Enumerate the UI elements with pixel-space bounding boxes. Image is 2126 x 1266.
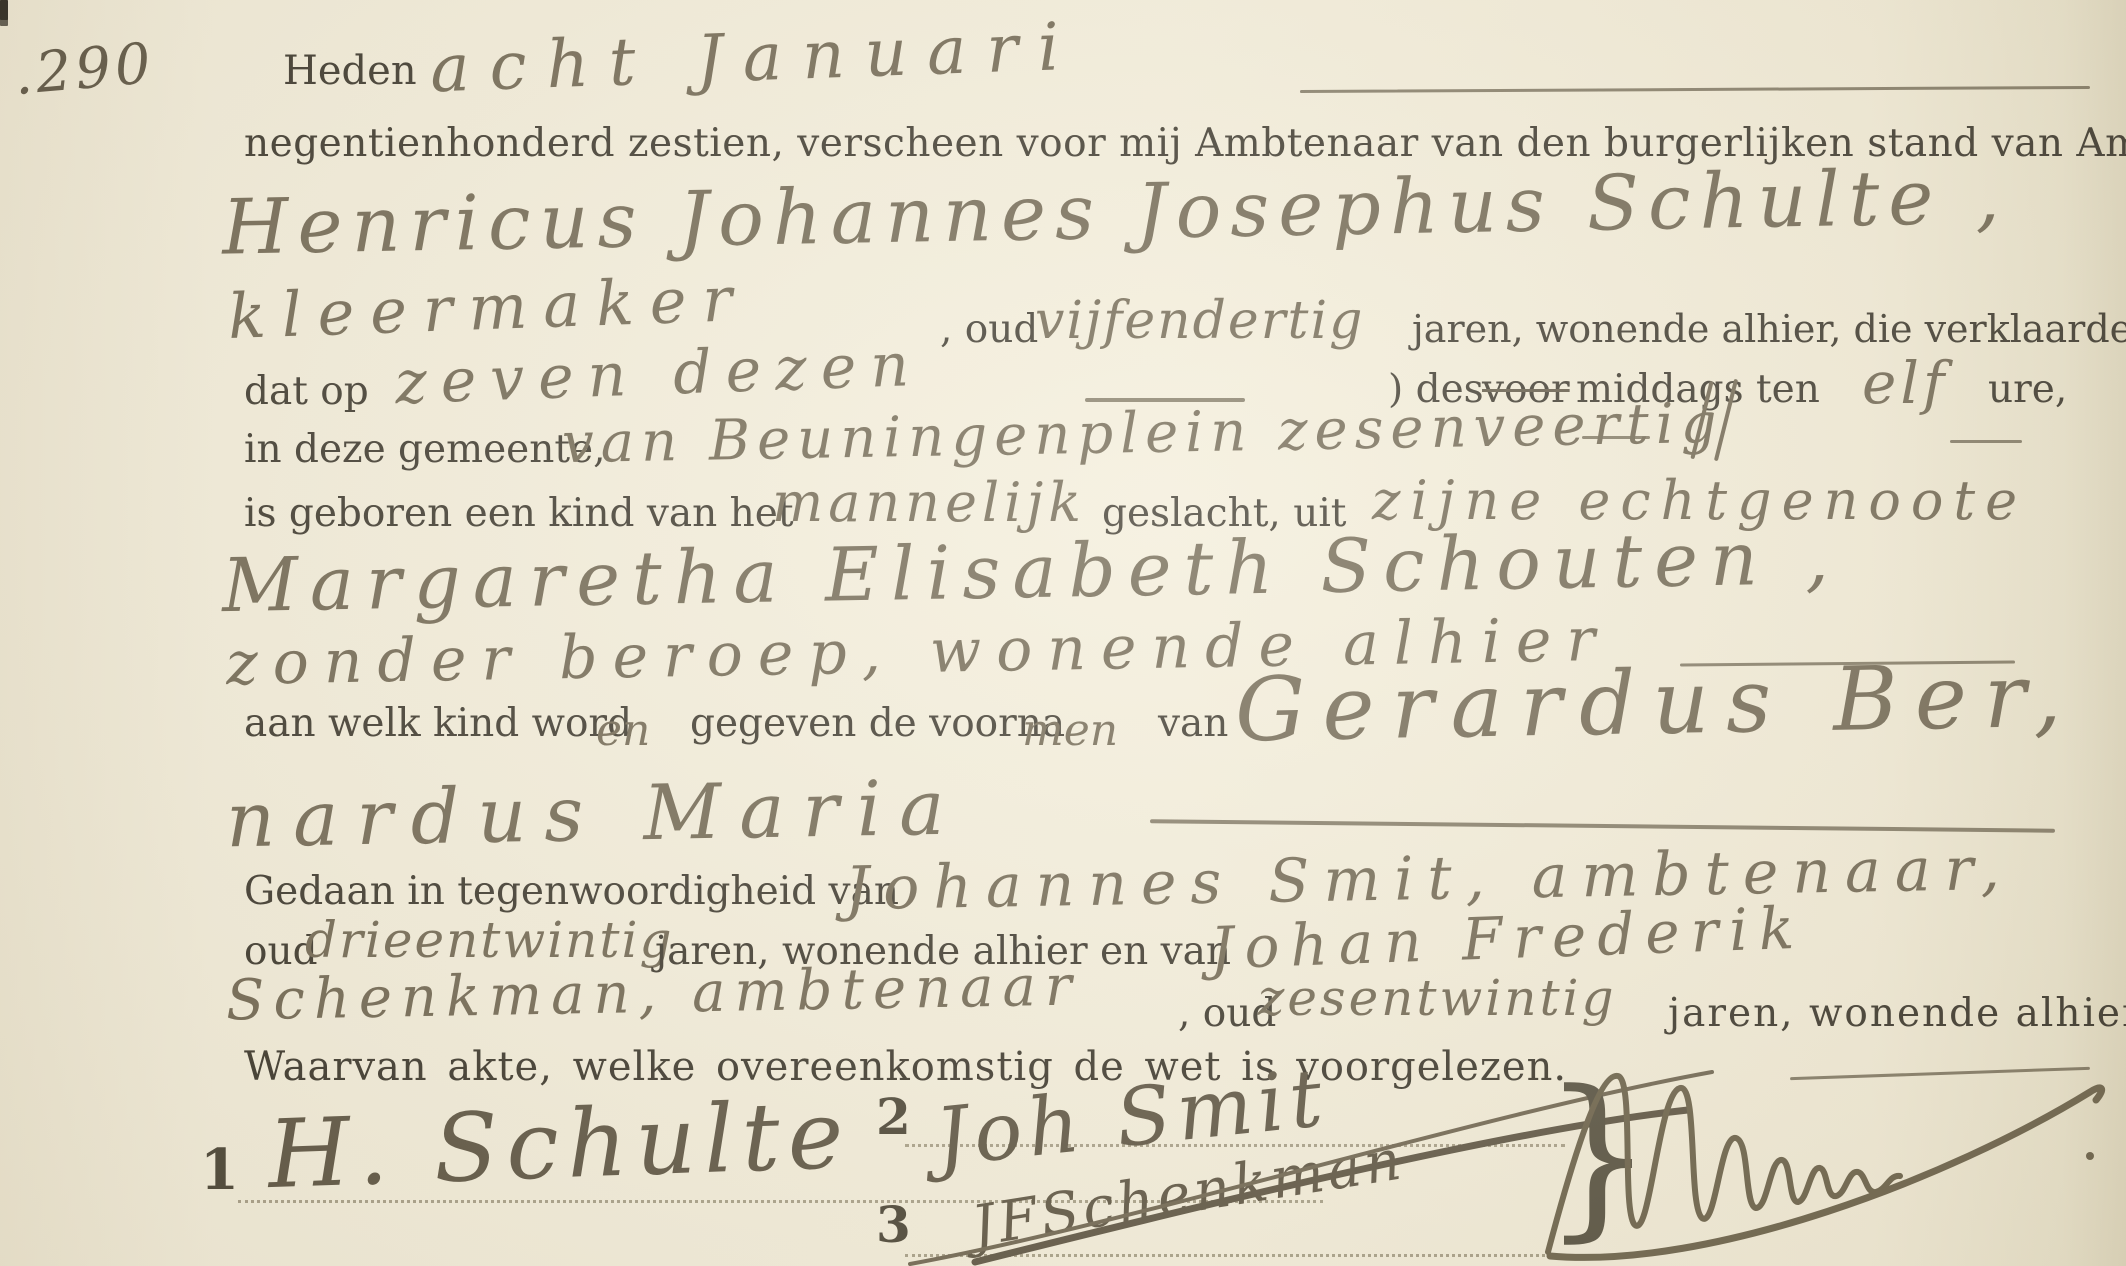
ink-rule [1150,819,2055,832]
witness2-name-part2: Schenkman, ambtenaar [226,955,1082,1034]
printed-heden: Heden [283,48,417,94]
child-name-part2: nardus Maria [225,764,963,864]
written-suffix-en: en [596,706,650,757]
child-name-part1: Gerardus Ber, [1234,645,2079,761]
declarant-age: vijfendertig [1035,292,1364,352]
printed-aan-welk-kind: aan welk kind word [244,702,632,747]
printed-gegeven: gegeven de voorna [690,702,1065,747]
printed-ure: ure, [1988,368,2067,413]
written-date: acht Januari [429,9,1080,107]
printed-dat-op: dat op [244,370,369,415]
printed-jaren-wonende: jaren, wonende alhier, die verklaarde, [1412,308,2126,352]
signature-index-1: 1 [200,1138,239,1202]
certificate-page: .290 Heden acht Januari negentienhonderd… [0,0,2126,1266]
printed-jaren-alhier: jaren, wonende alhier. [1668,992,2126,1037]
printed-is-geboren: is geboren een kind van het [244,492,794,537]
printed-van: van [1158,702,1228,747]
declarant-name: Henricus Johannes Josephus Schulte , [221,152,2009,271]
printed-gedaan: Gedaan in tegenwoordigheid van [244,870,899,915]
scan-speck [0,0,8,26]
written-hour: elf [1862,350,1948,417]
record-number: .290 [11,32,157,108]
ink-dash [1950,440,2022,443]
printed-gemeente: in deze gemeente, [244,428,606,473]
ink-rule [1300,86,2090,93]
witness2-age: zesentwintig [1258,970,1617,1028]
signature-declarant: H. Schulte [266,1082,853,1210]
registrar-signature-flourish [1530,1056,2126,1266]
written-suffix-men: men [1022,706,1118,757]
ink-dash [1582,436,1650,439]
printed-oud: , oud [940,308,1038,353]
written-gender: mannelijk [772,472,1086,534]
